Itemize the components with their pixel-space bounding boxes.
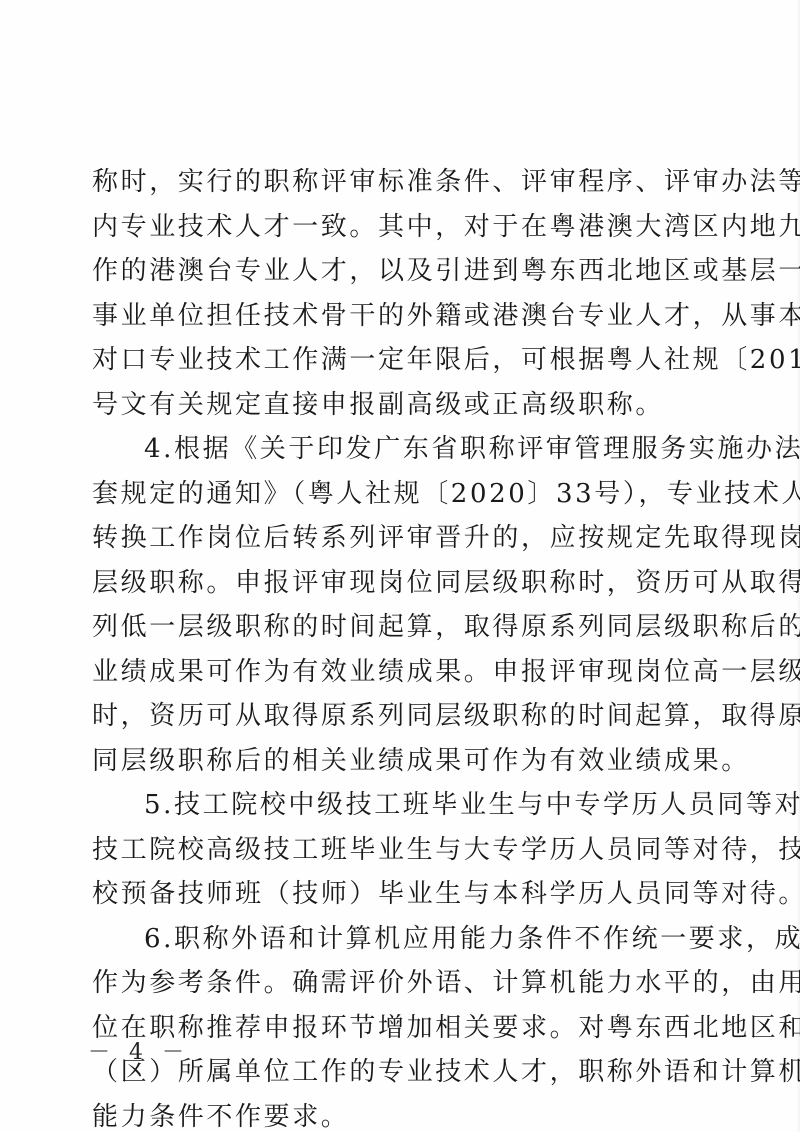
document-body: 称时，实行的职称评审标准条件、评审程序、评审办法等与省 内专业技术人才一致。其中…	[92, 160, 714, 1132]
paragraph-item-4: 4.根据《关于印发广东省职称评审管理服务实施办法及配 套规定的通知》（粤人社规〔…	[92, 427, 714, 783]
text-line: 套规定的通知》（粤人社规〔2020〕33号），专业技术人才	[92, 472, 714, 517]
paragraph-item-6: 6.职称外语和计算机应用能力条件不作统一要求，成绩仅 作为参考条件。确需评价外语…	[92, 917, 714, 1132]
text-line: 4.根据《关于印发广东省职称评审管理服务实施办法及配	[92, 427, 714, 472]
text-line: 层级职称。申报评审现岗位同层级职称时，资历可从取得原系	[92, 561, 714, 606]
text-line: 列低一层级职称的时间起算，取得原系列同层级职称后的相关	[92, 605, 714, 650]
text-line: 号文有关规定直接申报副高级或正高级职称。	[92, 383, 714, 428]
paragraph-item-5: 5.技工院校中级技工班毕业生与中专学历人员同等对待， 技工院校高级技工班毕业生与…	[92, 783, 714, 917]
text-line: 6.职称外语和计算机应用能力条件不作统一要求，成绩仅	[92, 917, 714, 962]
text-line: 内专业技术人才一致。其中，对于在粤港澳大湾区内地九市工	[92, 205, 714, 250]
text-line: 能力条件不作要求。	[92, 1095, 714, 1132]
text-line: 同层级职称后的相关业绩成果可作为有效业绩成果。	[92, 739, 714, 784]
text-line: 技工院校高级技工班毕业生与大专学历人员同等对待，技工院	[92, 828, 714, 873]
text-line: 对口专业技术工作满一定年限后，可根据粤人社规〔2019〕38	[92, 338, 714, 383]
page-number: － 4 －	[88, 1035, 190, 1066]
text-line: 作的港澳台专业人才，以及引进到粤东西北地区或基层一线企	[92, 249, 714, 294]
text-line: 作为参考条件。确需评价外语、计算机能力水平的，由用人单	[92, 961, 714, 1006]
paragraph-continuation: 称时，实行的职称评审标准条件、评审程序、评审办法等与省 内专业技术人才一致。其中…	[92, 160, 714, 427]
text-line: 业绩成果可作为有效业绩成果。申报评审现岗位高一层级职称	[92, 650, 714, 695]
document-page: 称时，实行的职称评审标准条件、评审程序、评审办法等与省 内专业技术人才一致。其中…	[0, 0, 800, 1132]
text-line: 称时，实行的职称评审标准条件、评审程序、评审办法等与省	[92, 160, 714, 205]
text-line: 事业单位担任技术骨干的外籍或港澳台专业人才，从事本专业	[92, 294, 714, 339]
text-line: 时，资历可从取得原系列同层级职称的时间起算，取得原系列	[92, 694, 714, 739]
text-line: 转换工作岗位后转系列评审晋升的，应按规定先取得现岗位同	[92, 516, 714, 561]
text-line: 校预备技师班（技师）毕业生与本科学历人员同等对待。	[92, 872, 714, 917]
text-line: 5.技工院校中级技工班毕业生与中专学历人员同等对待，	[92, 783, 714, 828]
